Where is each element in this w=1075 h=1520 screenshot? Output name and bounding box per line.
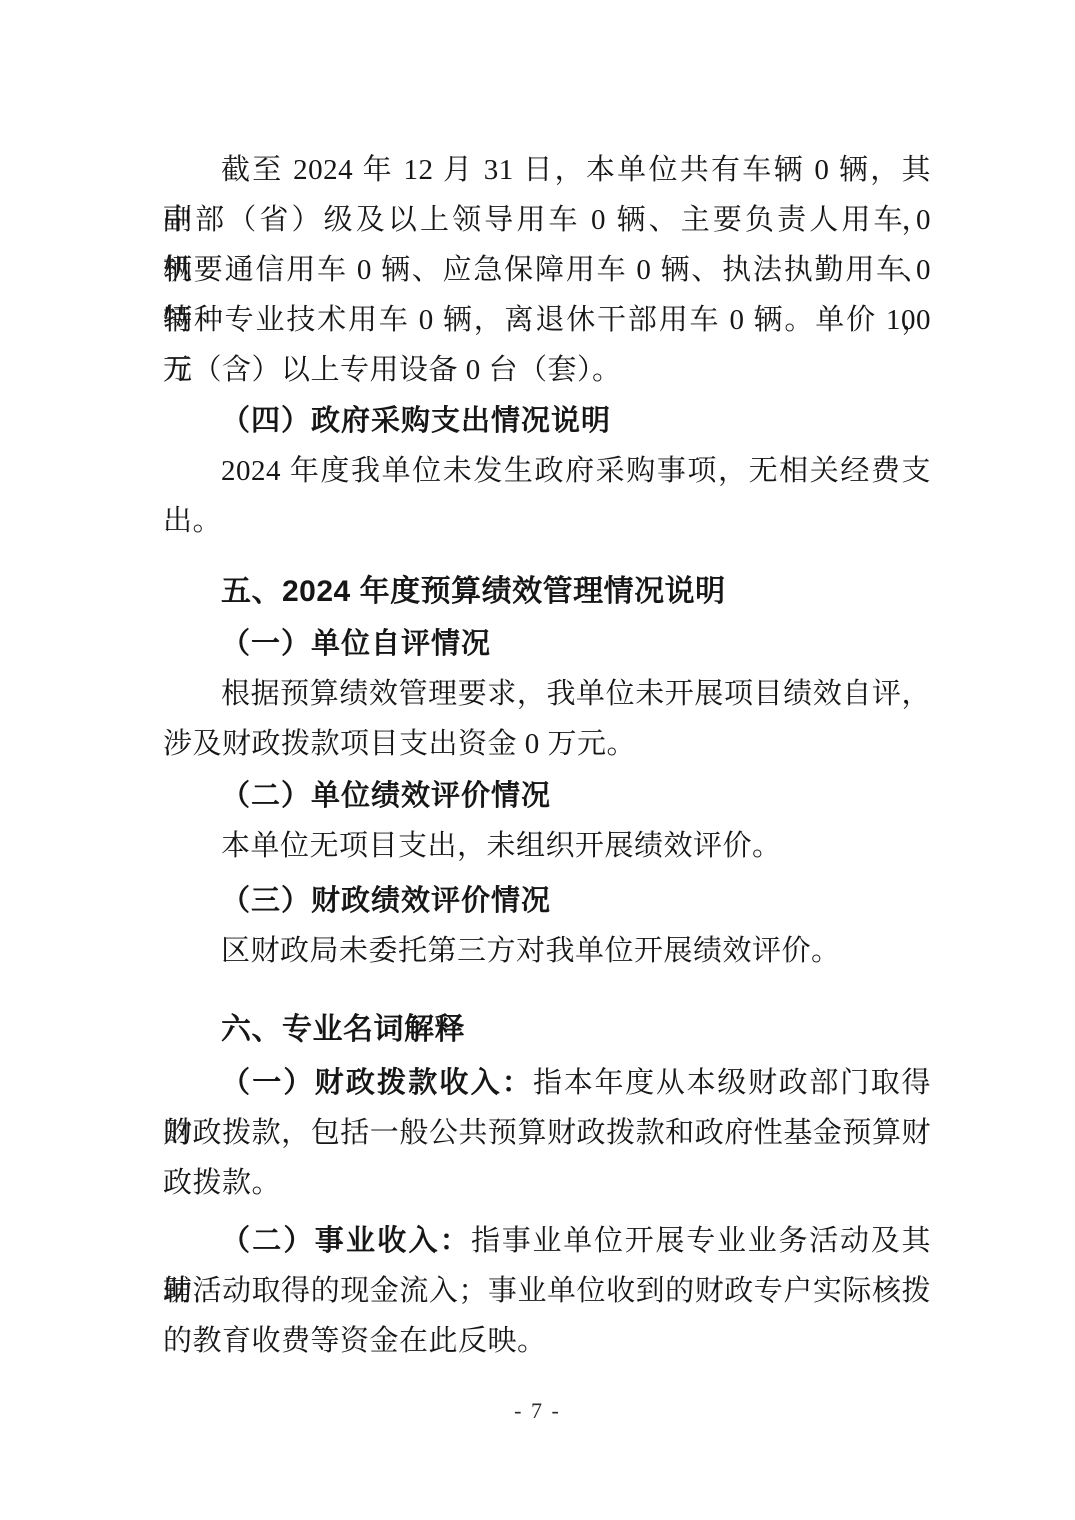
paragraph-fiscal-eval: 区财政局未委托第三方对我单位开展绩效评价。 bbox=[163, 926, 931, 976]
paragraph-self-eval: 根据预算绩效管理要求，我单位未开展项目绩效自评， 涉及财政拨款项目支出资金 0 … bbox=[163, 669, 931, 769]
heading-self-eval: （一）单位自评情况 bbox=[163, 619, 931, 669]
paragraph-unit-eval: 本单位无项目支出，未组织开展绩效评价。 bbox=[163, 821, 931, 871]
heading-performance: 五、2024 年度预算绩效管理情况说明 bbox=[163, 567, 931, 617]
text-line: 元（含）以上专用设备 0 台（套）。 bbox=[163, 345, 931, 395]
text-line: 财政拨款，包括一般公共预算财政拨款和政府性基金预算财 bbox=[163, 1108, 931, 1158]
term-label: （一）财政拨款收入： bbox=[221, 1067, 533, 1099]
text-line: 根据预算绩效管理要求，我单位未开展项目绩效自评， bbox=[163, 669, 931, 719]
paragraph-term-business-income: （二）事业收入：指事业单位开展专业业务活动及其辅 助活动取得的现金流入；事业单位… bbox=[163, 1216, 931, 1366]
term-label: （二）事业收入： bbox=[221, 1225, 471, 1257]
text-line: 特种专业技术用车 0 辆，离退休干部用车 0 辆。单价 100 万 bbox=[163, 295, 931, 345]
page-number: - 7 - bbox=[0, 1396, 1075, 1426]
document-page: 截至 2024 年 12 月 31 日，本单位共有车辆 0 辆，其中， 副部（省… bbox=[0, 0, 1075, 1520]
text-line: 机要通信用车 0 辆、应急保障用车 0 辆、执法执勤用车 0 辆， bbox=[163, 245, 931, 295]
paragraph-procurement: 2024 年度我单位未发生政府采购事项，无相关经费支 出。 bbox=[163, 446, 931, 546]
paragraph-vehicles: 截至 2024 年 12 月 31 日，本单位共有车辆 0 辆，其中， 副部（省… bbox=[163, 145, 931, 395]
text-line: 副部（省）级及以上领导用车 0 辆、主要负责人用车 0 辆、 bbox=[163, 195, 931, 245]
heading-glossary: 六、专业名词解释 bbox=[163, 1005, 931, 1055]
text-line: （二）事业收入：指事业单位开展专业业务活动及其辅 bbox=[163, 1216, 931, 1266]
text-line: 出。 bbox=[163, 496, 931, 546]
text-line: 政拨款。 bbox=[163, 1158, 931, 1208]
heading-unit-eval: （二）单位绩效评价情况 bbox=[163, 771, 931, 821]
text-line: （一）财政拨款收入：指本年度从本级财政部门取得的 bbox=[163, 1058, 931, 1108]
text-line: 2024 年度我单位未发生政府采购事项，无相关经费支 bbox=[163, 446, 931, 496]
heading-fiscal-eval: （三）财政绩效评价情况 bbox=[163, 876, 931, 926]
text-line: 助活动取得的现金流入；事业单位收到的财政专户实际核拨 bbox=[163, 1266, 931, 1316]
heading-procurement: （四）政府采购支出情况说明 bbox=[163, 396, 931, 446]
text-line: 涉及财政拨款项目支出资金 0 万元。 bbox=[163, 719, 931, 769]
text-line: 截至 2024 年 12 月 31 日，本单位共有车辆 0 辆，其中， bbox=[163, 145, 931, 195]
document-body: 截至 2024 年 12 月 31 日，本单位共有车辆 0 辆，其中， 副部（省… bbox=[163, 145, 931, 1366]
text-line: 的教育收费等资金在此反映。 bbox=[163, 1316, 931, 1366]
text-line: 本单位无项目支出，未组织开展绩效评价。 bbox=[163, 821, 931, 871]
text-line: 区财政局未委托第三方对我单位开展绩效评价。 bbox=[163, 926, 931, 976]
paragraph-term-fiscal-appropriation: （一）财政拨款收入：指本年度从本级财政部门取得的 财政拨款，包括一般公共预算财政… bbox=[163, 1058, 931, 1208]
